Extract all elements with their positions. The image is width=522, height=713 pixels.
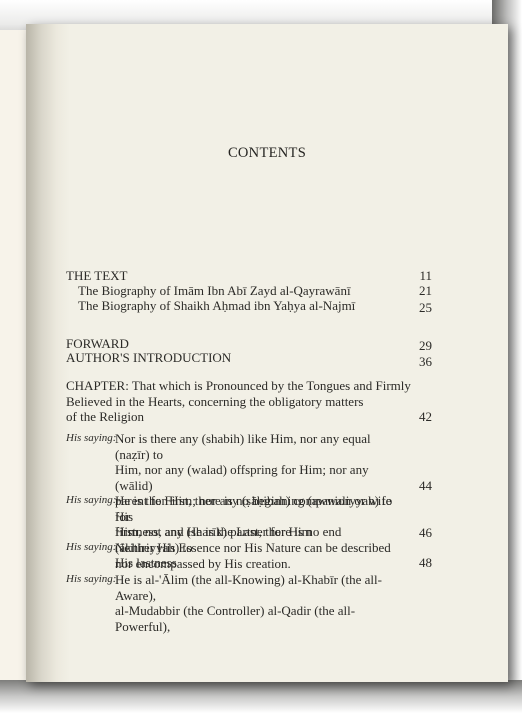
saying-line: Nor is there any (shabih) like Him, nor …: [66, 431, 405, 462]
saying-label: His saying:: [66, 572, 116, 588]
toc-entry-page: 21: [419, 283, 432, 299]
book-page: CONTENTS THE TEXT 11 The Biography of Im…: [26, 24, 508, 682]
saying-line: He is the First, there is no beginning (…: [66, 493, 405, 524]
saying-line: Neither His Essence nor His Nature can b…: [66, 540, 405, 556]
saying-line: He is al-'Ālim (the all-Knowing) al-Khab…: [66, 572, 405, 603]
toc-entry-page: 11: [419, 268, 432, 284]
toc-entry-page: 25: [419, 300, 432, 316]
saying-line: nor encompassed by His creation.: [66, 556, 405, 572]
chapter-line-1: CHAPTER: That which is Pronounced by the…: [66, 378, 486, 394]
chapter-line-2: Believed in the Hearts, concerning the o…: [66, 394, 486, 410]
saying-label: His saying:: [66, 493, 116, 509]
background-bottom: [0, 680, 522, 713]
toc-entry-bio-2: The Biography of Shaikh Aḥmad ibn Yaḥya …: [66, 298, 486, 314]
facing-page-edge: [0, 30, 27, 680]
toc-entry-saying-4: His saying: He is al-'Ālim (the all-Know…: [66, 572, 486, 634]
toc-entry-bio-1: The Biography of Imām Ibn Abī Zayd al-Qa…: [66, 283, 486, 299]
saying-label: His saying:: [66, 431, 116, 447]
toc-entry-saying-3: His saying: Neither His Essence nor His …: [66, 540, 486, 571]
toc-entry-intro: AUTHOR'S INTRODUCTION 36: [66, 350, 486, 366]
saying-line: Him, nor any (walad) offspring for Him; …: [66, 462, 405, 493]
saying-label: His saying:: [66, 540, 116, 556]
toc-entry-chapter: CHAPTER: That which is Pronounced by the…: [66, 378, 486, 425]
toc-entry-page: 46: [419, 525, 432, 541]
page-gutter-shadow: [26, 24, 70, 682]
page-title: CONTENTS: [26, 145, 508, 162]
saying-line: al-Mudabbir (the Controller) al-Qadir (t…: [66, 603, 405, 634]
toc-entry-the-text: THE TEXT 11: [66, 268, 486, 284]
toc-entry-page: 48: [419, 555, 432, 571]
toc-entry-page: 42: [419, 409, 432, 425]
toc-entry-page: 44: [419, 478, 432, 494]
toc-entry-page: 36: [419, 354, 432, 370]
